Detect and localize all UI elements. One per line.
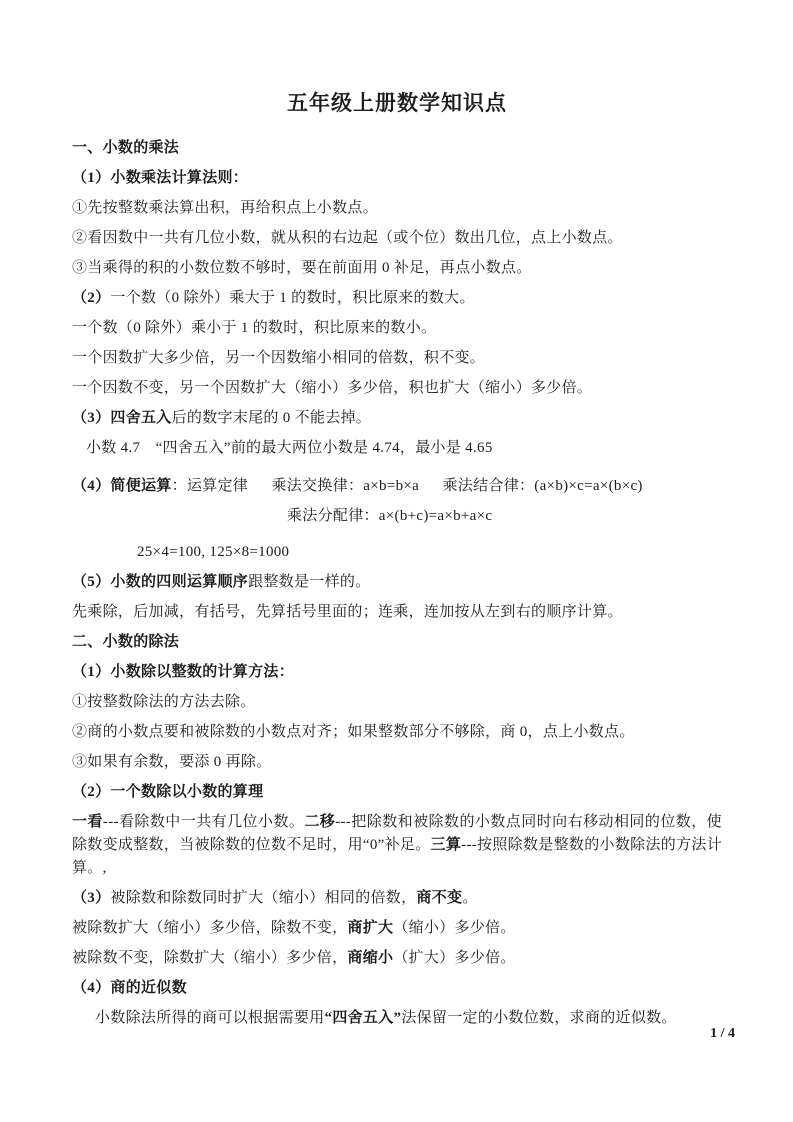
- text-segment: ③当乘得的积的小数位数不够时，要在前面用 0 补足，再点小数点。: [72, 260, 532, 276]
- item-1-1-heading: （1）小数乘法计算法则：: [72, 163, 722, 193]
- rule-line: 被除数不变，除数扩大（缩小）多少倍，商缩小（扩大）多少倍。: [72, 943, 722, 973]
- item-2-2-heading: （2）一个数除以小数的算理: [72, 777, 722, 807]
- text-segment: ①先按整数乘法算出积，再给积点上小数点。: [72, 200, 378, 216]
- item-1-3-heading: （3）四舍五入后的数字末尾的 0 不能去掉。: [72, 403, 722, 433]
- bold-text-segment: 三算: [431, 837, 462, 853]
- text-segment: ②看因数中一共有几位小数，就从积的右边起（或个位）数出几位，点上小数点。: [72, 230, 623, 246]
- bold-text-segment: 二、小数的除法: [72, 634, 179, 650]
- bold-text-segment: （5）: [72, 574, 110, 590]
- text-segment: ②商的小数点要和被除数的小数点对齐；如果整数部分不够除，商 0，点上小数点。: [72, 724, 635, 740]
- bold-text-segment: 简便运算: [110, 478, 171, 494]
- rule-line: ①按整数除法的方法去除。: [72, 687, 722, 717]
- bold-text-segment: （3）: [72, 410, 110, 426]
- rule-line: 一个因数扩大多少倍，另一个因数缩小相同的倍数，积不变。: [72, 343, 722, 373]
- rule-line: 一个数（0 除外）乘小于 1 的数时，积比原来的数小。: [72, 313, 722, 343]
- rule-line: ③当乘得的积的小数位数不够时，要在前面用 0 补足，再点小数点。: [72, 253, 722, 283]
- document-page: 五年级上册数学知识点 一、小数的乘法（1）小数乘法计算法则：①先按整数乘法算出积…: [0, 0, 793, 1122]
- bold-text-segment: 小数的四则运算顺序: [110, 574, 248, 590]
- item-2-1-heading: （1）小数除以整数的计算方法：: [72, 657, 722, 687]
- formula-line: 乘法分配律：a×(b+c)=a×b+a×c: [287, 501, 722, 531]
- bold-text-segment: （2）一个数除以小数的算理: [72, 784, 263, 800]
- text-segment: 跟整数是一样的。: [248, 574, 370, 590]
- bold-text-segment: （2）: [72, 290, 110, 306]
- text-segment: 一个因数扩大多少倍，另一个因数缩小相同的倍数，积不变。: [72, 350, 485, 366]
- item-2-3-heading: （3）被除数和除数同时扩大（缩小）相同的倍数，商不变。: [72, 883, 722, 913]
- rule-line: 小数除法所得的商可以根据需要用“四舍五入”法保留一定的小数位数，求商的近似数。: [95, 1003, 722, 1033]
- text-segment: ：运算定律 乘法交换律：a×b=b×a 乘法结合律：(a×b)×c=a×(b×c…: [172, 478, 643, 494]
- text-segment: 法保留一定的小数位数，求商的近似数。: [401, 1010, 676, 1026]
- text-segment: 。: [462, 890, 477, 906]
- item-1-2-heading: （2）一个数（0 除外）乘大于 1 的数时，积比原来的数大。: [72, 283, 722, 313]
- section-2-heading: 二、小数的除法: [72, 627, 722, 657]
- text-segment: 被除数和除数同时扩大（缩小）相同的倍数，: [110, 890, 416, 906]
- bold-text-segment: （3）: [72, 890, 110, 906]
- document-content: 五年级上册数学知识点 一、小数的乘法（1）小数乘法计算法则：①先按整数乘法算出积…: [72, 88, 722, 1033]
- text-segment: ①按整数除法的方法去除。: [72, 694, 256, 710]
- item-1-4-heading: （4）简便运算：运算定律 乘法交换律：a×b=b×a 乘法结合律：(a×b)×c…: [72, 471, 722, 501]
- rule-line: 被除数扩大（缩小）多少倍，除数不变，商扩大（缩小）多少倍。: [72, 913, 722, 943]
- bold-text-segment: （1）小数除以整数的计算方法：: [72, 664, 294, 680]
- text-segment: 后的数字末尾的 0 不能去掉。: [172, 410, 372, 426]
- text-segment: 一个数（0 除外）乘小于 1 的数时，积比原来的数小。: [72, 320, 436, 336]
- bold-text-segment: 四舍五入: [110, 410, 171, 426]
- text-segment: 先乘除，后加减，有括号，先算括号里面的；连乘，连加按从左到右的顺序计算。: [72, 604, 623, 620]
- text-segment: ---看除数中一共有几位小数。: [103, 814, 304, 830]
- bold-text-segment: “四舍五入”: [325, 1010, 402, 1026]
- rule-line: ①先按整数乘法算出积，再给积点上小数点。: [72, 193, 722, 223]
- rule-line: 一个因数不变，另一个因数扩大（缩小）多少倍，积也扩大（缩小）多少倍。: [72, 373, 722, 403]
- rule-line: ③如果有余数，要添 0 再除。: [72, 747, 722, 777]
- text-segment: 小数除法所得的商可以根据需要用: [95, 1010, 325, 1026]
- bold-text-segment: （1）小数乘法计算法则：: [72, 170, 248, 186]
- method-paragraph: 一看---看除数中一共有几位小数。二移---把除数和被除数的小数点同时向右移动相…: [72, 811, 722, 880]
- text-segment: （缩小）多少倍。: [393, 920, 515, 936]
- bold-text-segment: （4）商的近似数: [72, 980, 187, 996]
- item-1-5-heading: （5）小数的四则运算顺序跟整数是一样的。: [72, 567, 722, 597]
- bold-text-segment: 一看: [72, 814, 103, 830]
- formula-line: 25×4=100, 125×8=1000: [137, 537, 722, 567]
- rule-line: ②商的小数点要和被除数的小数点对齐；如果整数部分不够除，商 0，点上小数点。: [72, 717, 722, 747]
- text-segment: 25×4=100, 125×8=1000: [137, 544, 289, 560]
- bold-text-segment: （4）: [72, 478, 110, 494]
- bold-text-segment: 商缩小: [347, 950, 393, 966]
- bold-text-segment: 一、小数的乘法: [72, 140, 179, 156]
- document-body: 一、小数的乘法（1）小数乘法计算法则：①先按整数乘法算出积，再给积点上小数点。②…: [72, 133, 722, 1033]
- text-segment: ③如果有余数，要添 0 再除。: [72, 754, 272, 770]
- rule-line: 先乘除，后加减，有括号，先算括号里面的；连乘，连加按从左到右的顺序计算。: [72, 597, 722, 627]
- example-line: 小数 4.7 “四舍五入”前的最大两位小数是 4.74，最小是 4.65: [86, 433, 722, 463]
- text-segment: 乘法分配律：a×(b+c)=a×b+a×c: [287, 508, 492, 524]
- rule-line: ②看因数中一共有几位小数，就从积的右边起（或个位）数出几位，点上小数点。: [72, 223, 722, 253]
- text-segment: 一个数（0 除外）乘大于 1 的数时，积比原来的数大。: [110, 290, 474, 306]
- text-segment: 被除数扩大（缩小）多少倍，除数不变，: [72, 920, 347, 936]
- text-segment: 一个因数不变，另一个因数扩大（缩小）多少倍，积也扩大（缩小）多少倍。: [72, 380, 592, 396]
- page-title: 五年级上册数学知识点: [72, 88, 722, 118]
- text-segment: 被除数不变，除数扩大（缩小）多少倍，: [72, 950, 347, 966]
- bold-text-segment: 商不变: [416, 890, 462, 906]
- bold-text-segment: 二移: [304, 814, 335, 830]
- page-number: 1 / 4: [710, 1024, 735, 1044]
- text-segment: （扩大）多少倍。: [393, 950, 515, 966]
- item-2-4-heading: （4）商的近似数: [72, 973, 722, 1003]
- section-1-heading: 一、小数的乘法: [72, 133, 722, 163]
- text-segment: 小数 4.7 “四舍五入”前的最大两位小数是 4.74，最小是 4.65: [86, 440, 493, 456]
- bold-text-segment: 商扩大: [347, 920, 393, 936]
